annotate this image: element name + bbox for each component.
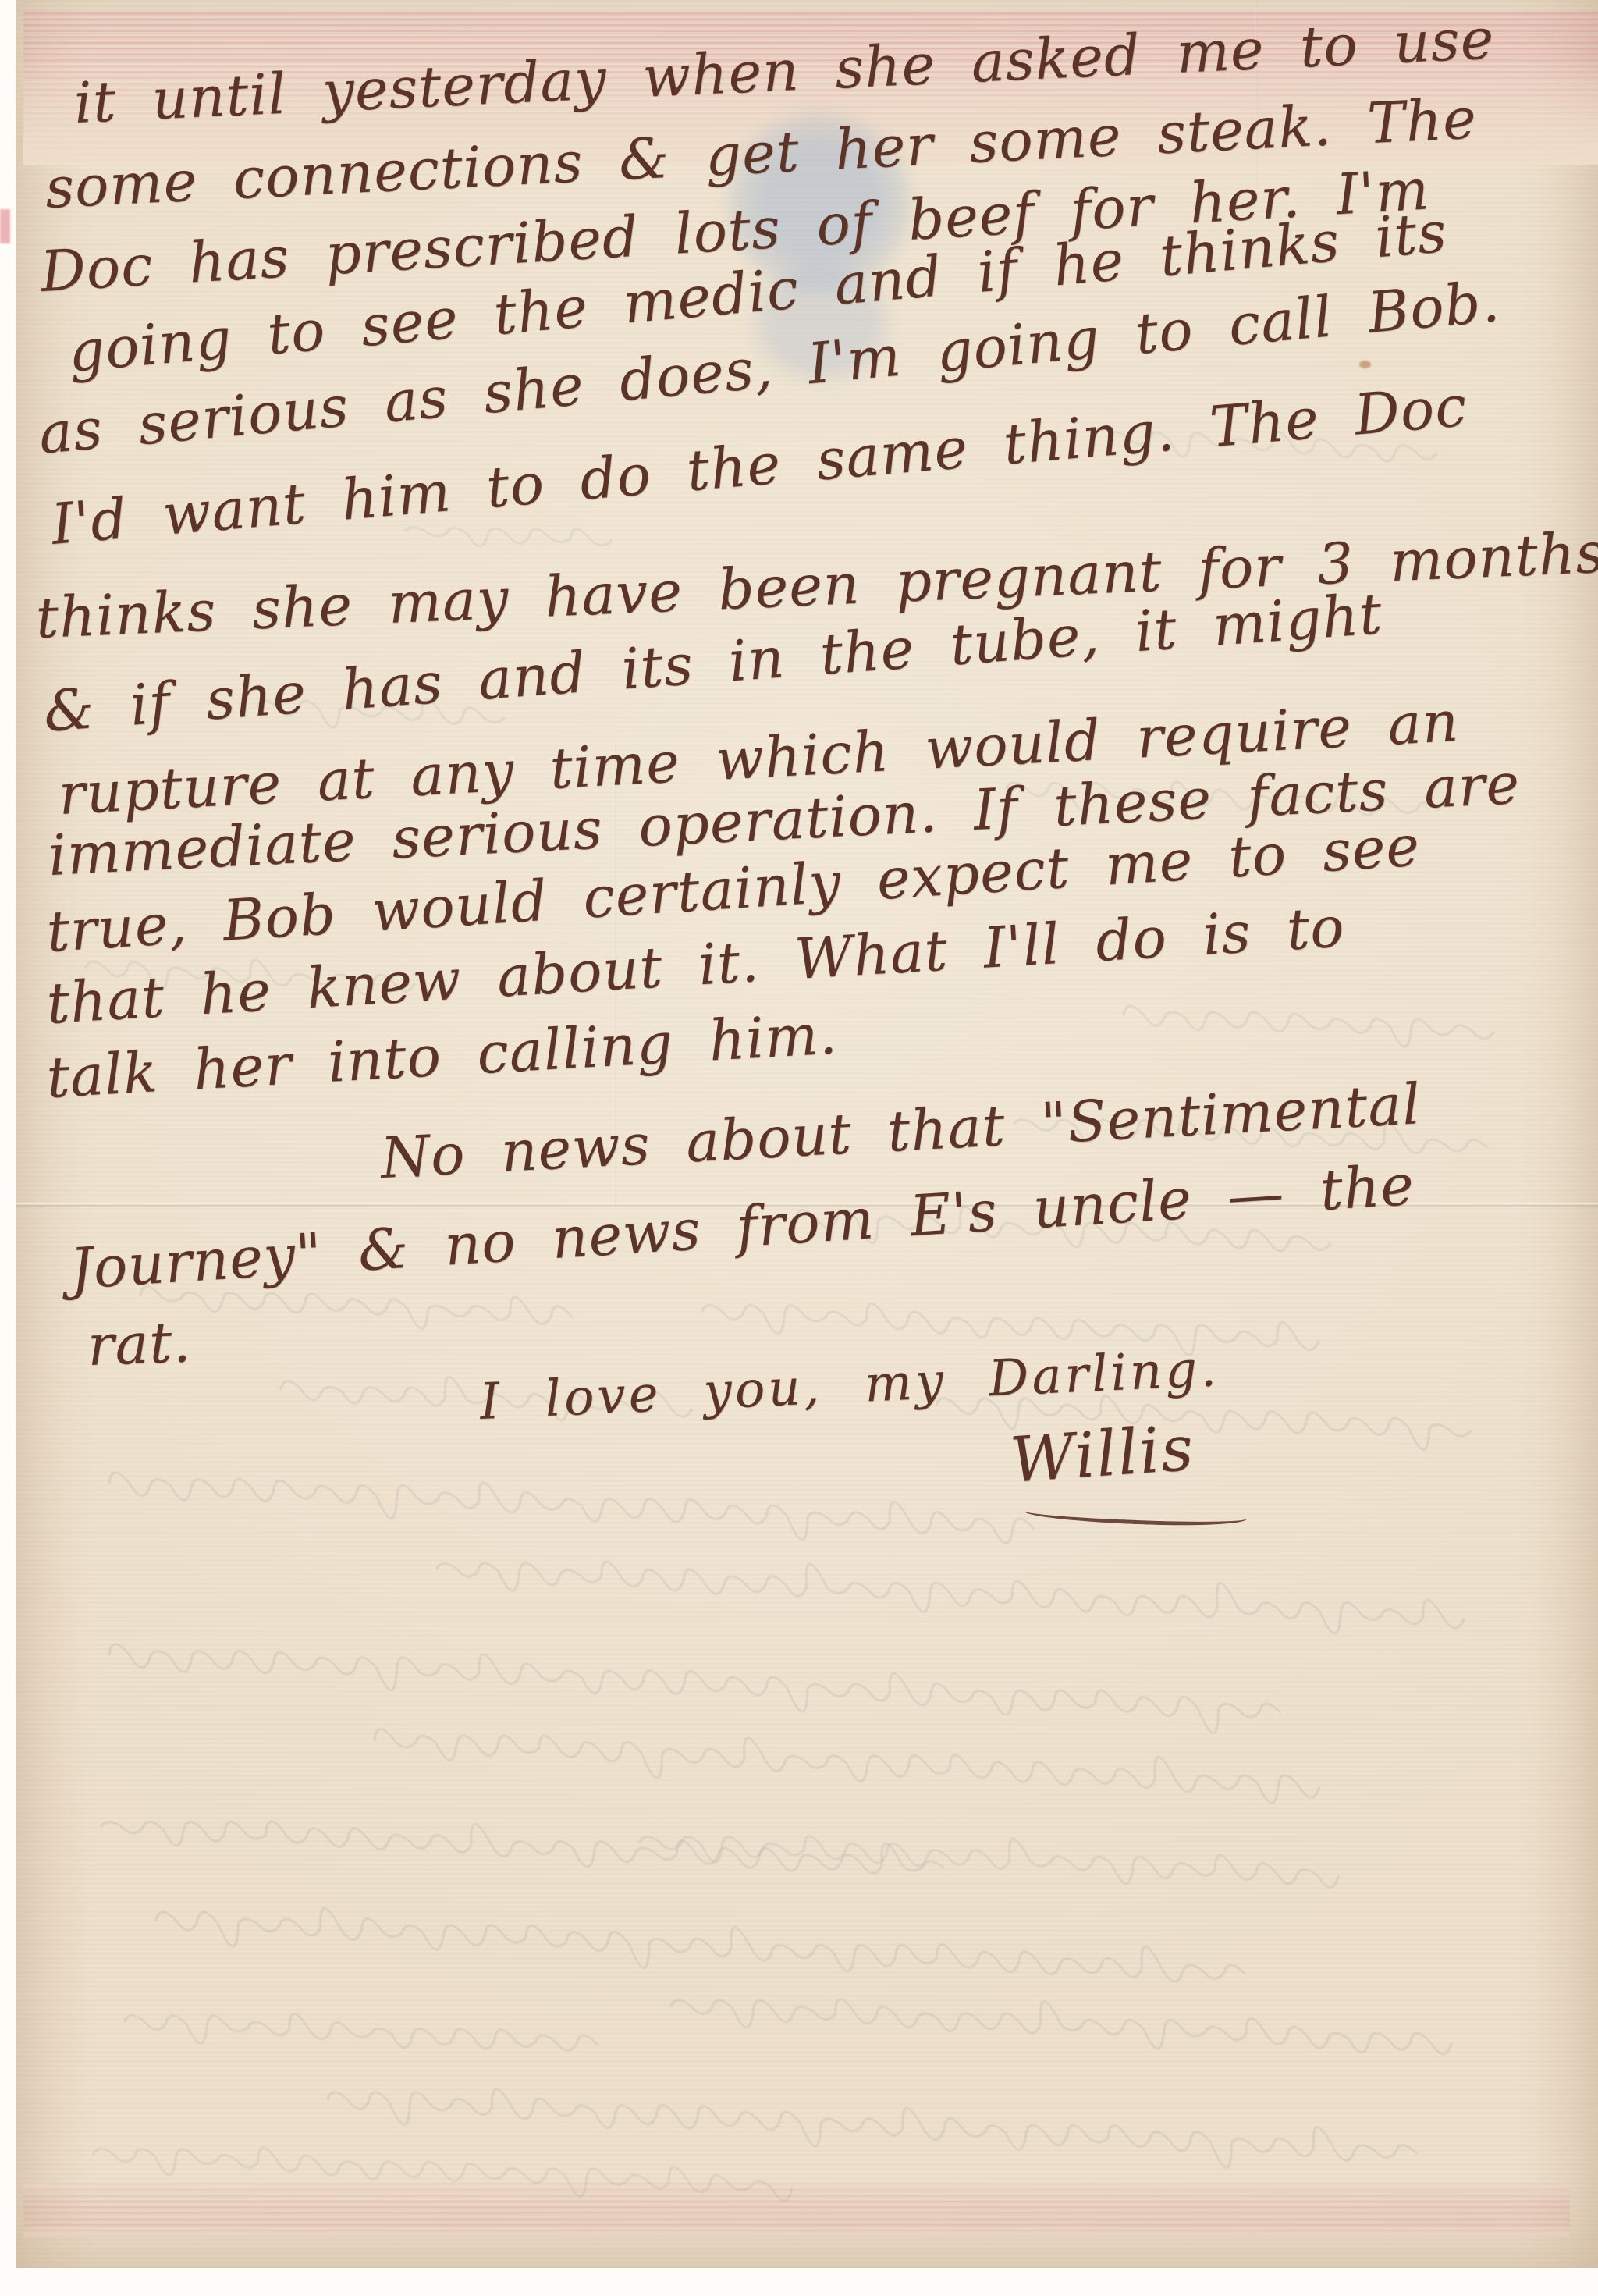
edge-pink-mark	[0, 209, 10, 243]
letter-line-16: rat.	[87, 1313, 193, 1374]
signature: Willis	[1008, 1417, 1196, 1492]
paper-speck	[1359, 361, 1371, 368]
scanned-letter: it until yesterday when she asked me to …	[0, 0, 1598, 2296]
